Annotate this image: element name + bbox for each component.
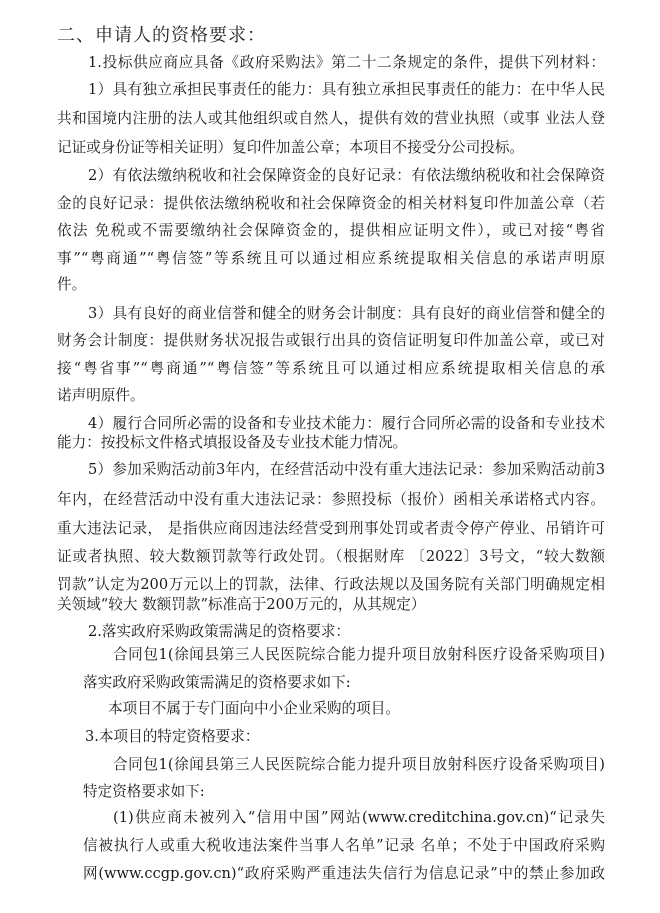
body-text-line: 3.本项目的特定资格要求：: [85, 727, 605, 747]
body-text-line: 罚款”认定为200万元以上的罚款，法律、行政法规以及国务院有关部门明确规定相: [57, 575, 605, 595]
body-text-line: 1.投标供应商应具备《政府采购法》第二十二条规定的条件，提供下列材料：: [88, 53, 605, 73]
body-text-line: 合同包1(徐闻县第三人民医院综合能力提升项目放射科医疗设备采购项目): [113, 755, 605, 775]
body-text-line: 5）参加采购活动前3年内，在经营活动中没有重大违法记录：参加采购活动前3: [88, 460, 605, 480]
body-text-line: 重大违法记录， 是指供应商因违法经营受到刑事处罚或者责令停产停业、吊销许可: [57, 519, 605, 539]
body-text-line: 关领域“较大 数额罚款”标准高于200万元的，从其规定）: [57, 595, 605, 615]
body-text-line: 诺声明原件。: [57, 386, 605, 406]
body-text-line: 落实政府采购政策需满足的资格要求如下:: [83, 673, 605, 693]
body-text-line: 2.落实政府采购政策需满足的资格要求：: [88, 622, 605, 642]
body-text-line: 共和国境内注册的法人或其他组织或自然人，提供有效的营业执照（或事 业法人登: [57, 109, 605, 129]
body-text-line: 2）有依法缴纳税收和社会保障资金的良好记录：有依法缴纳税收和社会保障资: [88, 166, 605, 186]
body-text-line: 信被执行人或重大税收违法案件当事人名单”记录 名单；不处于中国政府采购: [83, 836, 605, 856]
body-text-line: 证或者执照、较大数额罚款等行政处罚。（根据财库 〔2022〕3号文，“较大数额: [57, 547, 605, 567]
body-text-line: 1）具有独立承担民事责任的能力：具有独立承担民事责任的能力：在中华人民: [88, 80, 605, 100]
body-text-line: 4）履行合同所必需的设备和专业技术能力：履行合同所必需的设备和专业技术: [88, 414, 605, 434]
body-text-line: 金的良好记录：提供依法缴纳税收和社会保障资金的相关材料复印件加盖公章（若: [57, 194, 605, 214]
body-text-line: (1)供应商未被列入“信用中国”网站(www.creditchina.gov.c…: [113, 808, 605, 828]
document-page: 二、申请人的资格要求： 1.投标供应商应具备《政府采购法》第二十二条规定的条件，…: [0, 0, 660, 913]
body-text-line: 3）具有良好的商业信誉和健全的财务会计制度：具有良好的商业信誉和健全的: [88, 304, 605, 324]
body-text-line: 事”“粤商通”“粤信签”等系统且可以通过相应系统提取相关信息的承诺声明原: [57, 249, 605, 269]
body-text-line: 合同包1(徐闻县第三人民医院综合能力提升项目放射科医疗设备采购项目): [113, 645, 605, 665]
body-text-line: 接“粤省事”“粤商通”“粤信签”等系统且可以通过相应系统提取相关信息的承: [57, 359, 605, 379]
section-heading: 二、申请人的资格要求：: [57, 24, 266, 48]
body-text-line: 本项目不属于专门面向中小企业采购的项目。: [108, 699, 605, 719]
body-text-line: 能力：按投标文件格式填报设备及专业技术能力情况。: [57, 433, 605, 453]
body-text-line: 记证或身份证等相关证明）复印件加盖公章；本项目不接受分公司投标。: [57, 138, 605, 158]
body-text-line: 特定资格要求如下:: [83, 782, 605, 802]
body-text-line: 件。: [57, 275, 605, 295]
body-text-line: 年内，在经营活动中没有重大违法记录：参照投标（报价）函相关承诺格式内容。: [57, 490, 605, 510]
body-text-line: 财务会计制度：提供财务状况报告或银行出具的资信证明复印件加盖公章，或已对: [57, 331, 605, 351]
body-text-line: 依法 免税或不需要缴纳社会保障资金的，提供相应证明文件），或已对接“粤省: [57, 221, 605, 241]
body-text-line: 网(www.ccgp.gov.cn)“政府采购严重违法失信行为信息记录”中的禁止…: [83, 864, 605, 884]
